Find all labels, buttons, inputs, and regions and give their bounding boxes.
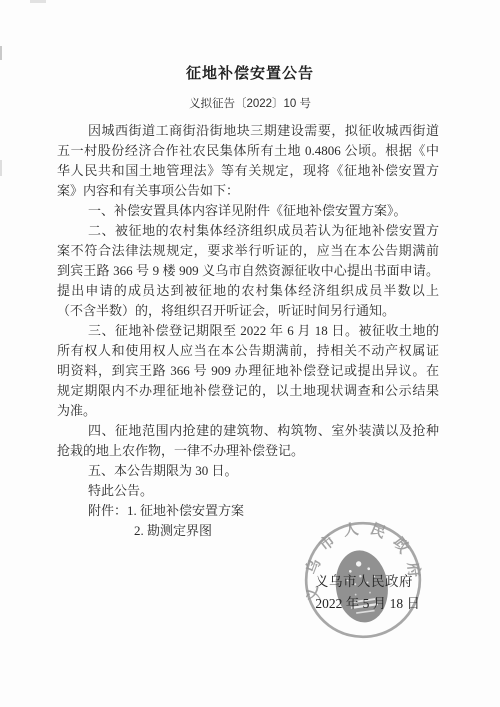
body-line: 因城西街道工商街沿街地块三期建设需要，拟征收城西街道 <box>57 121 439 141</box>
body-line: 案不符合法律法规规定，要求举行听证的，应当在本公告期满前 <box>57 241 439 261</box>
body-line: 为准。 <box>57 401 439 421</box>
body-line: 案》内容和有关事项公告如下： <box>57 181 439 201</box>
body-line: 四、征地范围内抢建的建筑物、构筑物、室外装潢以及抢种 <box>57 421 439 441</box>
body-line: 五一村股份经济合作社农民集体所有土地 0.4806 公顷。根据《中 <box>57 141 439 161</box>
body-line: 明资料，到宾王路 366 号 909 办理征地补偿登记或提出异议。在 <box>57 361 439 381</box>
scan-artifact <box>30 0 46 3</box>
scan-artifact <box>0 160 2 176</box>
body-line: 三、征地补偿登记期限至 2022 年 6 月 18 日。被征收土地的 <box>57 321 439 341</box>
body-line: （不含半数）的，将组织召开听证会，听证时间另行通知。 <box>57 301 439 321</box>
body-line: 五、本公告期限为 30 日。 <box>57 461 439 481</box>
signature-authority: 义乌市人民政府 <box>315 570 413 590</box>
body-line: 到宾王路 366 号 9 楼 909 义乌市自然资源征收中心提出书面申请。 <box>57 261 439 281</box>
body-line: 一、补偿安置具体内容详见附件《征地补偿安置方案》。 <box>57 201 439 221</box>
body-line: 二、被征地的农村集体经济组织成员若认为征地补偿安置方 <box>57 221 439 241</box>
body-line: 特此公告。 <box>57 481 439 501</box>
scan-artifact <box>0 46 2 60</box>
body-line: 抢栽的地上农作物，一律不办理补偿登记。 <box>57 441 439 461</box>
body-line: 华人民共和国土地管理法》等有关规定，现将《征地补偿安置方 <box>57 161 439 181</box>
body-line: 规定期限内不办理征地补偿登记的，以土地现状调查和公示结果 <box>57 381 439 401</box>
signature-date: 2022 年 5 月 18 日 <box>315 592 420 612</box>
document-number: 义拟征告〔2022〕10 号 <box>0 95 500 111</box>
document-title: 征地补偿安置公告 <box>0 62 500 83</box>
body-line: 提出申请的成员达到被征地的农村集体经济组织成员半数以上 <box>57 281 439 301</box>
notice-document-page: 征地补偿安置公告 义拟征告〔2022〕10 号 因城西街道工商街沿街地块三期建设… <box>0 0 500 707</box>
document-body: 因城西街道工商街沿街地块三期建设需要，拟征收城西街道五一村股份经济合作社农民集体… <box>57 121 439 541</box>
body-line: 所有权人和使用权人应当在本公告期满前，持相关不动产权属证 <box>57 341 439 361</box>
